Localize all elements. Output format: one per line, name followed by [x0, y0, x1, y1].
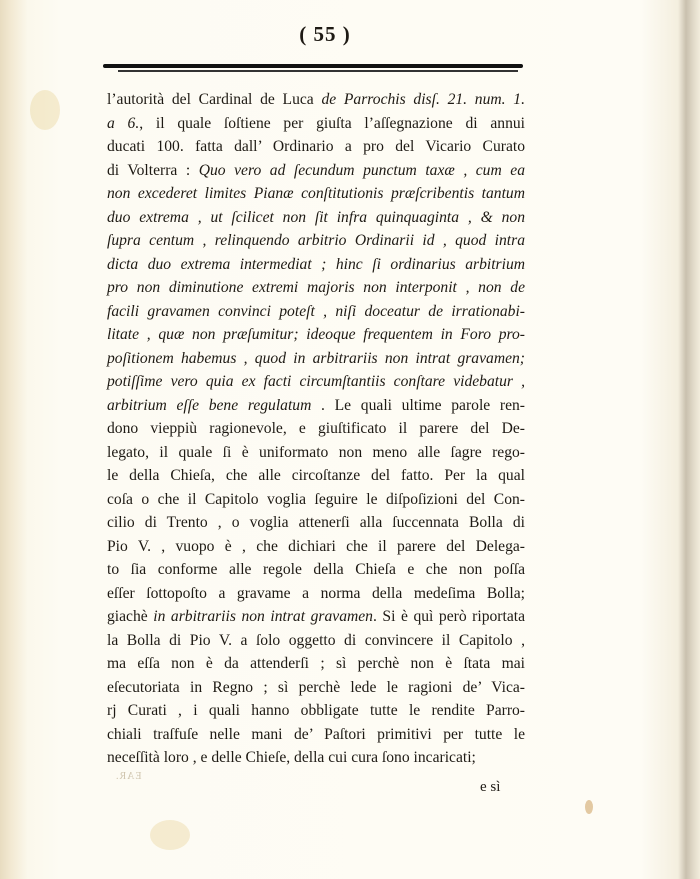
italic-latin-text: duo extrema , ut ſcilicet non ſit infra …	[107, 209, 525, 226]
italic-latin-text: de Parrochis disſ. 21. num. 1.	[321, 91, 525, 108]
foxing-stain	[30, 90, 60, 130]
text-line: to ſia conforme alle regole della Chieſa…	[107, 558, 525, 582]
italic-latin-text: potiſſime vero quia ex facti circumſtant…	[107, 373, 525, 390]
text-segment: ducati 100. fatta dall’ Ordinario a pro …	[107, 138, 525, 155]
italic-latin-text: a 6.	[107, 115, 139, 132]
italic-latin-text: in arbitrariis non intrat gravamen	[153, 608, 373, 625]
text-line: Pio V. , vuopo è , che dichiari che il p…	[107, 535, 525, 559]
text-segment: . Si è quì però riportata	[373, 608, 525, 625]
text-line: duo extrema , ut ſcilicet non ſit infra …	[107, 206, 525, 230]
text-segment: chiali traſfuſe nelle mani de’ Paſtori p…	[107, 726, 525, 743]
italic-latin-text: pro non diminutione extremi majoris non …	[107, 279, 525, 296]
text-segment: . Le quali ultime parole ren-	[311, 397, 525, 414]
page-number: ( 55 )	[0, 22, 650, 47]
text-line: facili gravamen convinci poteſt , niſi d…	[107, 300, 525, 324]
text-line: giachè in arbitrariis non intrat gravame…	[107, 605, 525, 629]
text-line: ſupra centum , relinquendo arbitrio Ordi…	[107, 229, 525, 253]
text-line: non excederet limites Pianæ conſtitution…	[107, 182, 525, 206]
header-rule	[103, 64, 523, 68]
italic-latin-text: ſupra centum , relinquendo arbitrio Ordi…	[107, 232, 525, 249]
catchword: e sì	[480, 779, 500, 796]
italic-latin-text: litate , quæ non præſumitur; ideoque fre…	[107, 326, 525, 343]
text-line: eſecutoriata in Regno ; sì perchè lede l…	[107, 676, 525, 700]
text-segment: coſa o che il Capitolo voglia ſeguire le…	[107, 491, 525, 508]
text-segment: legato, il quale ſi è uniformato non men…	[107, 444, 525, 461]
header-rule-thin	[118, 70, 518, 72]
text-line: eſſer ſottopoſto a gravame a norma della…	[107, 582, 525, 606]
text-line: di Volterra : Quo vero ad ſecundum punct…	[107, 159, 525, 183]
foxing-stain	[150, 820, 190, 850]
text-line: le della Chieſa, che alle circoſtanze de…	[107, 464, 525, 488]
foxing-stain	[585, 800, 593, 814]
bleed-through-text: EAR.	[115, 771, 142, 782]
text-line: ducati 100. fatta dall’ Ordinario a pro …	[107, 135, 525, 159]
text-segment: le della Chieſa, che alle circoſtanze de…	[107, 467, 525, 484]
text-segment: dono vieppiù ragionevole, e giuſtificato…	[107, 420, 525, 437]
text-segment: Pio V. , vuopo è , che dichiari che il p…	[107, 538, 525, 555]
text-line: coſa o che il Capitolo voglia ſeguire le…	[107, 488, 525, 512]
text-segment: , il quale ſoſtiene per giuſta l’aſſegna…	[139, 115, 525, 132]
text-line: dicta duo extrema intermediat ; hinc ſi …	[107, 253, 525, 277]
text-segment: neceſſità loro , e delle Chieſe, della c…	[107, 749, 476, 766]
text-segment: giachè	[107, 608, 153, 625]
text-segment: l’autorità del Cardinal de Luca	[107, 91, 321, 108]
text-line: a 6., il quale ſoſtiene per giuſta l’aſſ…	[107, 112, 525, 136]
text-line: potiſſime vero quia ex facti circumſtant…	[107, 370, 525, 394]
text-line: cilio di Trento , o voglia attenerſi all…	[107, 511, 525, 535]
italic-latin-text: poſitionem habemus , quod in arbitrariis…	[107, 350, 525, 367]
book-page: ( 55 ) l’autorità del Cardinal de Luca d…	[0, 0, 700, 879]
text-line: poſitionem habemus , quod in arbitrariis…	[107, 347, 525, 371]
text-segment: di Volterra :	[107, 162, 199, 179]
italic-latin-text: arbitrium eſſe bene regulatum	[107, 397, 311, 414]
italic-latin-text: non excederet limites Pianæ conſtitution…	[107, 185, 525, 202]
text-line: chiali traſfuſe nelle mani de’ Paſtori p…	[107, 723, 525, 747]
text-line: arbitrium eſſe bene regulatum . Le quali…	[107, 394, 525, 418]
body-text: l’autorità del Cardinal de Luca de Parro…	[107, 88, 525, 770]
text-segment: to ſia conforme alle regole della Chieſa…	[107, 561, 525, 578]
text-line: la Bolla di Pio V. a ſolo oggetto di con…	[107, 629, 525, 653]
text-segment: ma eſſa non è da attenderſi ; sì perchè …	[107, 655, 525, 672]
text-line: legato, il quale ſi è uniformato non men…	[107, 441, 525, 465]
italic-latin-text: dicta duo extrema intermediat ; hinc ſi …	[107, 256, 525, 273]
text-line: rj Curati , i quali hanno obbligate tutt…	[107, 699, 525, 723]
text-segment: eſſer ſottopoſto a gravame a norma della…	[107, 585, 525, 602]
italic-latin-text: facili gravamen convinci poteſt , niſi d…	[107, 303, 525, 320]
italic-latin-text: Quo vero ad ſecundum punctum taxæ , cum …	[199, 162, 525, 179]
text-line: litate , quæ non præſumitur; ideoque fre…	[107, 323, 525, 347]
text-line: dono vieppiù ragionevole, e giuſtificato…	[107, 417, 525, 441]
text-line: pro non diminutione extremi majoris non …	[107, 276, 525, 300]
text-line: l’autorità del Cardinal de Luca de Parro…	[107, 88, 525, 112]
text-segment: la Bolla di Pio V. a ſolo oggetto di con…	[107, 632, 525, 649]
text-segment: cilio di Trento , o voglia attenerſi all…	[107, 514, 525, 531]
text-line: ma eſſa non è da attenderſi ; sì perchè …	[107, 652, 525, 676]
text-segment: rj Curati , i quali hanno obbligate tutt…	[107, 702, 525, 719]
text-segment: eſecutoriata in Regno ; sì perchè lede l…	[107, 679, 525, 696]
text-line: neceſſità loro , e delle Chieſe, della c…	[107, 746, 525, 770]
